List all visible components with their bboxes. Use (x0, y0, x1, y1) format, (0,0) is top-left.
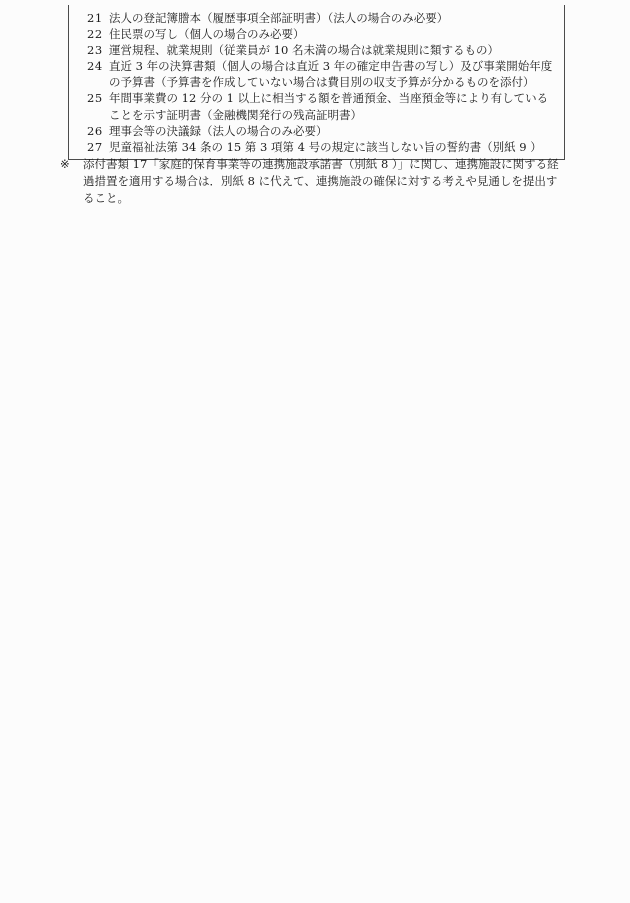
item-text-line: ことを示す証明書（金融機関発行の残高証明書） (109, 107, 558, 123)
footnote: ※ 添付書類 17「家庭的保育事業等の連携施設承諾書（別紙 8 ）」に関し、連携… (60, 156, 568, 207)
item-number: 21 (87, 10, 109, 26)
list-item: 24 直近 3 年の決算書類（個人の場合は直近 3 年の確定申告書の写し）及び事… (69, 58, 564, 90)
item-text-line: 児童福祉法第 34 条の 15 第 3 項第 4 号の規定に該当しない旨の誓約書… (109, 139, 558, 155)
list-item: 26 理事会等の決議録（法人の場合のみ必要） (69, 123, 564, 139)
list-item: 23 運営規程、就業規則（従業員が 10 名未満の場合は就業規則に類するもの） (69, 42, 564, 58)
list-item: 27 児童福祉法第 34 条の 15 第 3 項第 4 号の規定に該当しない旨の… (69, 139, 564, 155)
item-text: 理事会等の決議録（法人の場合のみ必要） (109, 123, 564, 139)
item-text-line: 運営規程、就業規則（従業員が 10 名未満の場合は就業規則に類するもの） (109, 42, 558, 58)
list-item: 25 年間事業費の 12 分の 1 以上に相当する額を普通預金、当座預金等により… (69, 90, 564, 122)
item-text: 運営規程、就業規則（従業員が 10 名未満の場合は就業規則に類するもの） (109, 42, 564, 58)
item-number: 24 (87, 58, 109, 74)
item-text-line: 直近 3 年の決算書類（個人の場合は直近 3 年の確定申告書の写し）及び事業開始… (109, 58, 558, 74)
footnote-text-line: ること。 (83, 190, 568, 207)
item-text-line: 年間事業費の 12 分の 1 以上に相当する額を普通預金、当座預金等により有して… (109, 90, 558, 106)
item-number: 26 (87, 123, 109, 139)
list-item: 22 住民票の写し（個人の場合のみ必要） (69, 26, 564, 42)
footnote-text: 添付書類 17「家庭的保育事業等の連携施設承諾書（別紙 8 ）」に関し、連携施設… (83, 156, 568, 207)
item-text-line: 法人の登記簿謄本（履歴事項全部証明書）（法人の場合のみ必要） (109, 10, 558, 26)
item-text-line: 理事会等の決議録（法人の場合のみ必要） (109, 123, 558, 139)
item-number: 25 (87, 90, 109, 106)
footnote-marker: ※ (60, 156, 83, 173)
item-text: 法人の登記簿謄本（履歴事項全部証明書）（法人の場合のみ必要） (109, 10, 564, 26)
item-text-line: 住民票の写し（個人の場合のみ必要） (109, 26, 558, 42)
item-text: 住民票の写し（個人の場合のみ必要） (109, 26, 564, 42)
item-text-line: の予算書（予算書を作成していない場合は費目別の収支予算が分かるものを添付） (109, 74, 558, 90)
item-text: 直近 3 年の決算書類（個人の場合は直近 3 年の確定申告書の写し）及び事業開始… (109, 58, 564, 90)
item-number: 23 (87, 42, 109, 58)
list-item: 21 法人の登記簿謄本（履歴事項全部証明書）（法人の場合のみ必要） (69, 10, 564, 26)
attachment-list-box: 21 法人の登記簿謄本（履歴事項全部証明書）（法人の場合のみ必要） 22 住民票… (68, 5, 565, 160)
item-number: 27 (87, 139, 109, 155)
item-text: 児童福祉法第 34 条の 15 第 3 項第 4 号の規定に該当しない旨の誓約書… (109, 139, 564, 155)
item-text: 年間事業費の 12 分の 1 以上に相当する額を普通預金、当座預金等により有して… (109, 90, 564, 122)
footnote-text-line: 過措置を適用する場合は．別紙 8 に代えて、連携施設の確保に対する考えや見通しを… (83, 173, 568, 190)
footnote-text-line: 添付書類 17「家庭的保育事業等の連携施設承諾書（別紙 8 ）」に関し、連携施設… (83, 156, 568, 173)
item-number: 22 (87, 26, 109, 42)
